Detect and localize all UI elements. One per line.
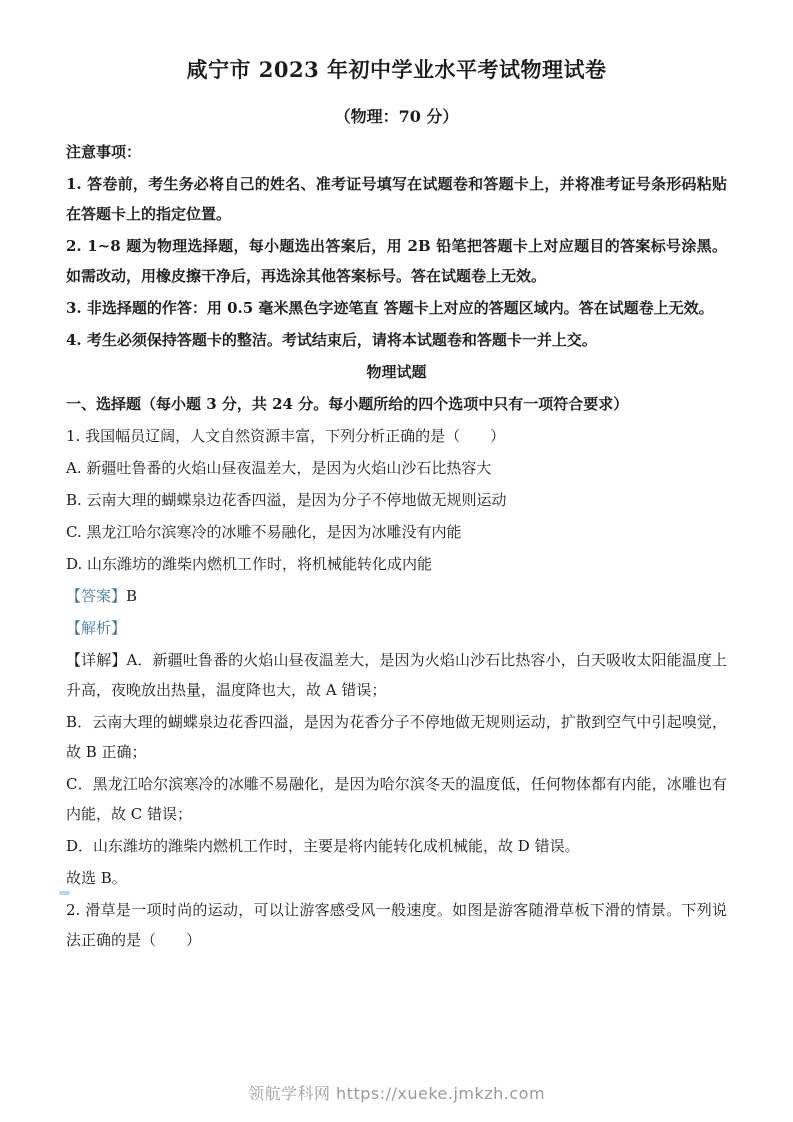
notice-item-3: 3. 非选择题的作答：用 0.5 毫米黑色字迹笔直 答题卡上对应的答题区域内。答… [66,293,727,323]
paper-heading: 物理试题 [66,357,727,387]
question-1-option-d: D. 山东潍坊的潍柴内燃机工作时，将机械能转化成内能 [66,549,727,579]
question-1-stem: 1. 我国幅员辽阔，人文自然资源丰富，下列分析正确的是（ ） [66,421,727,451]
detail-text-a: A．新疆吐鲁番的火焰山昼夜温差大，是因为火焰山沙石比热容小，白天吸收太阳能温度上… [66,651,727,699]
answer-label: 【答案】 [66,587,126,605]
answer-line: 【答案】B [66,581,727,611]
notice-item-1: 1. 答卷前，考生务必将自己的姓名、准考证号填写在试题卷和答题卡上，并将准考证号… [66,169,727,229]
question-1-option-b: B. 云南大理的蝴蝶泉边花香四溢，是因为分子不停地做无规则运动 [66,485,727,515]
detail-paragraph-b: B．云南大理的蝴蝶泉边花香四溢，是因为花香分子不停地做无规则运动，扩散到空气中引… [66,707,727,767]
highlight-artifact [59,891,70,895]
conclusion-text: 故选 B。 [66,869,127,887]
analysis-label: 【解析】 [66,619,126,637]
exam-paper-page: 咸宁市 2023 年初中学业水平考试物理试卷 （物理：70 分） 注意事项： 1… [0,0,793,1122]
detail-paragraph-d: D．山东潍坊的潍柴内燃机工作时，主要是将内能转化成机械能，故 D 错误。 [66,831,727,861]
question-1-option-c: C. 黑龙江哈尔滨寒冷的冰雕不易融化，是因为冰雕没有内能 [66,517,727,547]
page-title: 咸宁市 2023 年初中学业水平考试物理试卷 [66,54,727,84]
notice-item-4: 4. 考生必须保持答题卡的整洁。考试结束后，请将本试题卷和答题卡一并上交。 [66,325,727,355]
section-heading: 一、选择题（每小题 3 分，共 24 分。每小题所给的四个选项中只有一项符合要求… [66,389,727,419]
question-2-stem: 2. 滑草是一项时尚的运动，可以让游客感受风一般速度。如图是游客随滑草板下滑的情… [66,895,727,955]
conclusion-line: 故选 B。 [66,863,727,893]
analysis-line: 【解析】 [66,613,727,643]
detail-label: 【详解】 [66,651,126,669]
notice-heading: 注意事项： [66,137,727,167]
detail-paragraph-a: 【详解】A．新疆吐鲁番的火焰山昼夜温差大，是因为火焰山沙石比热容小，白天吸收太阳… [66,645,727,705]
detail-paragraph-c: C．黑龙江哈尔滨寒冷的冰雕不易融化，是因为哈尔滨冬天的温度低，任何物体都有内能，… [66,769,727,829]
notice-item-2: 2. 1~8 题为物理选择题，每小题选出答案后，用 2B 铅笔把答题卡上对应题目… [66,231,727,291]
watermark-footer: 领航学科网 https://xueke.jmkzh.com [0,1081,793,1104]
page-subtitle: （物理：70 分） [66,104,727,127]
question-1-option-a: A. 新疆吐鲁番的火焰山昼夜温差大，是因为火焰山沙石比热容大 [66,453,727,483]
answer-value: B [126,587,137,605]
